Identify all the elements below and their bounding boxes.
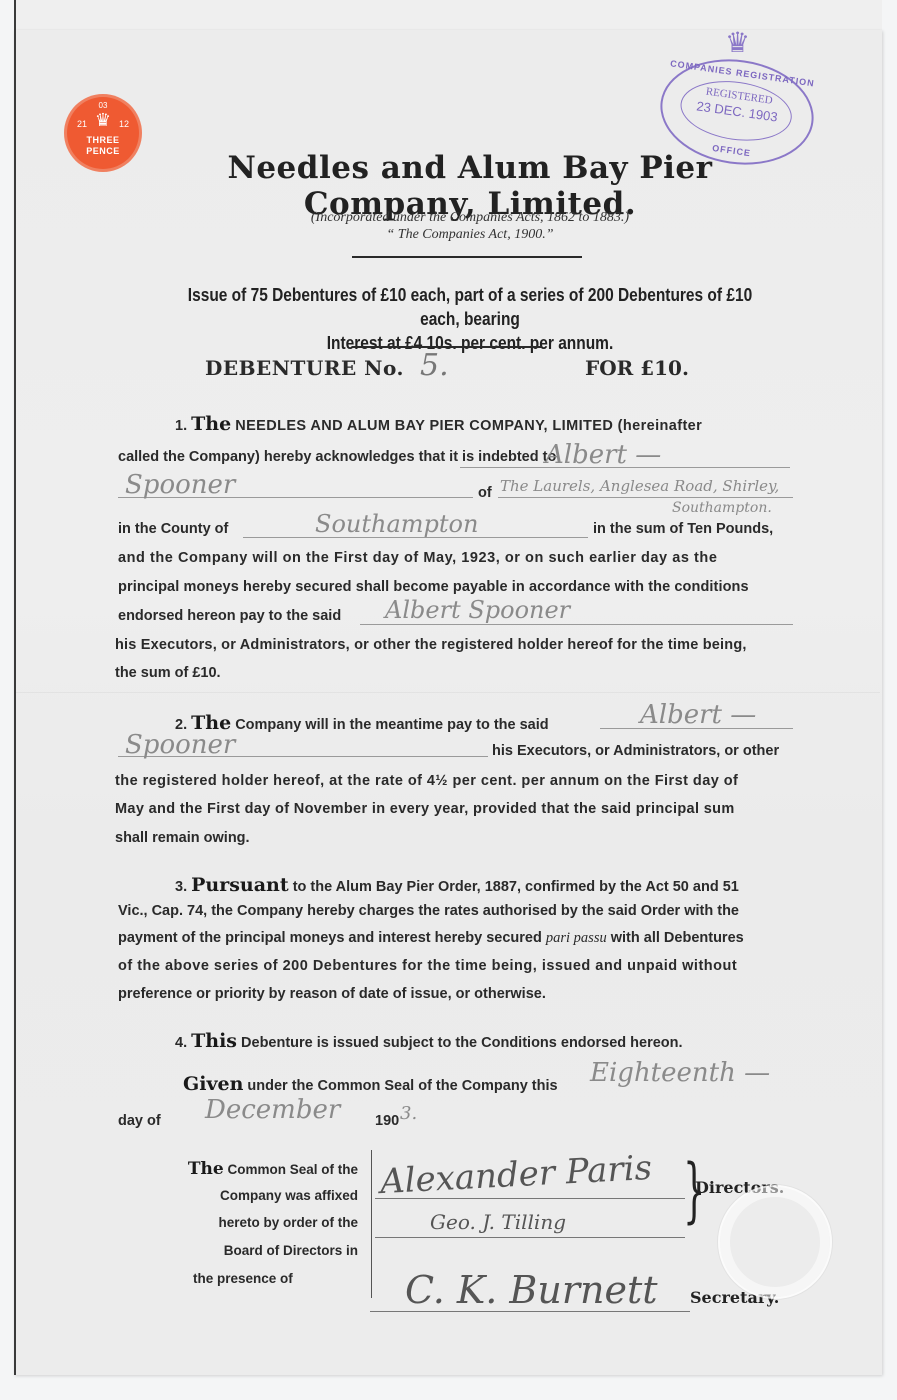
clause3-line5: preference or priority by reason of date… [118,986,546,1002]
registration-crown-icon: ♛ [725,26,750,59]
stamp-text-line2: PENCE [67,146,139,156]
year-prefix: 190 [375,1113,399,1129]
debenture-amount: FOR £10. [585,356,689,380]
clause4-number: 4. [175,1035,187,1051]
clause2-line2: his Executors, or Administrators, or oth… [492,743,779,759]
crown-icon: ♛ [67,111,139,129]
year-hand: 3. [400,1103,417,1124]
companies-act-note: “ The Companies Act, 1900.” [160,227,780,243]
clause1-line6: principal moneys hereby secured shall be… [118,579,749,595]
seal-line1: The Common Seal of the [178,1159,358,1179]
director2-line [375,1237,685,1238]
given-line: Given under the Common Seal of the Compa… [183,1073,558,1095]
clause1-line8: his Executors, or Administrators, or oth… [115,637,747,653]
clause1-line7: endorsed hereon pay to the said [118,608,341,624]
payee-fill-line [360,624,793,625]
header-divider [352,256,582,258]
clause2-line4: May and the First day of November in eve… [115,801,735,817]
given-day: Eighteenth — [590,1058,770,1088]
clause1-line1: 1. The NEEDLES AND ALUM BAY PIER COMPANY… [175,413,702,435]
given-lead: Given [183,1073,243,1095]
debenture-label: DEBENTURE No. [205,356,404,380]
clause2-line5: shall remain owing. [115,830,250,846]
county-label: in the County of [118,521,228,537]
holder-last-name: Spooner [125,470,235,500]
clause1-line5: and the Company will on the First day of… [118,550,717,566]
director2-signature: Geo. J. Tilling [430,1210,566,1234]
sum-label: in the sum of Ten Pounds, [593,521,773,537]
given-month: December [205,1095,340,1125]
clause4-text: Debenture is issued subject to the Condi… [241,1035,683,1051]
clause1-text: NEEDLES AND ALUM BAY PIER COMPANY, LIMIT… [235,418,702,434]
seal-line2: Company was affixed [178,1188,358,1203]
given-text: under the Common Seal of the Company thi… [247,1078,557,1094]
clause3-line4: of the above series of 200 Debentures fo… [118,958,737,974]
clause1-number: 1. [175,418,187,434]
clause3-line1: 3. Pursuant to the Alum Bay Pier Order, … [175,874,739,896]
clause1-lead: The [191,413,231,435]
payee: Albert Spooner [385,596,570,624]
seal-line1-text: Common Seal of the [227,1162,358,1177]
seal-line3: hereto by order of the [178,1215,358,1230]
clause2-holder-last: Spooner [125,730,235,760]
fold-line [16,692,880,693]
clause3-line3: payment of the principal moneys and inte… [118,930,744,947]
clause3-number: 3. [175,879,187,895]
clause4-lead: This [191,1030,237,1052]
pari-passu: pari passu [546,930,607,946]
clause3-lead: Pursuant [191,874,289,896]
clause1-line9: the sum of £10. [115,665,221,681]
address: The Laurels, Anglesea Road, Shirley, [500,477,779,495]
paper-top-edge [14,0,882,32]
clause2-holder-first: Albert — [640,700,756,730]
issue-line-1: Issue of 75 Debentures of £10 each, part… [178,283,763,331]
seal-lead: The [188,1159,224,1179]
address-fill-line [498,497,793,498]
issue-statement: Issue of 75 Debentures of £10 each, part… [178,283,763,355]
county: Southampton [315,510,478,538]
clause4-line1: 4. This Debenture is issued subject to t… [175,1030,683,1052]
of-label: of [478,485,492,501]
clause2-line3: the registered holder hereof, at the rat… [115,773,738,789]
clause1-line2: called the Company) hereby acknowledges … [118,449,556,465]
clause3-line3b: with all Debentures [611,930,744,946]
stamp-year: 03 [67,101,139,110]
clause3-line2: Vic., Cap. 74, the Company hereby charge… [118,903,739,919]
secretary-signature: C. K. Burnett [405,1268,658,1312]
debenture-number: 5. [420,348,449,383]
left-brace [365,1150,372,1298]
day-of-label: day of [118,1113,161,1129]
seal-line5: the presence of [193,1271,373,1286]
clause3-text: to the Alum Bay Pier Order, 1887, confir… [293,879,739,895]
holder-first-name: Albert — [545,440,661,470]
stamp-text-line1: THREE [67,135,139,145]
clause3-line3a: payment of the principal moneys and inte… [118,930,542,946]
issue-line-2: Interest at £4 10s. per cent. per annum. [178,331,763,355]
incorporation-note: (Incorporated under the Companies Acts, … [160,210,780,226]
three-pence-stamp: 03 21 12 ♛ THREE PENCE [67,97,139,169]
address-city: Southampton. [672,500,772,516]
clause2-text: Company will in the meantime pay to the … [235,717,548,733]
seal-line4: Board of Directors in [178,1243,358,1258]
embossed-company-seal [718,1185,832,1299]
